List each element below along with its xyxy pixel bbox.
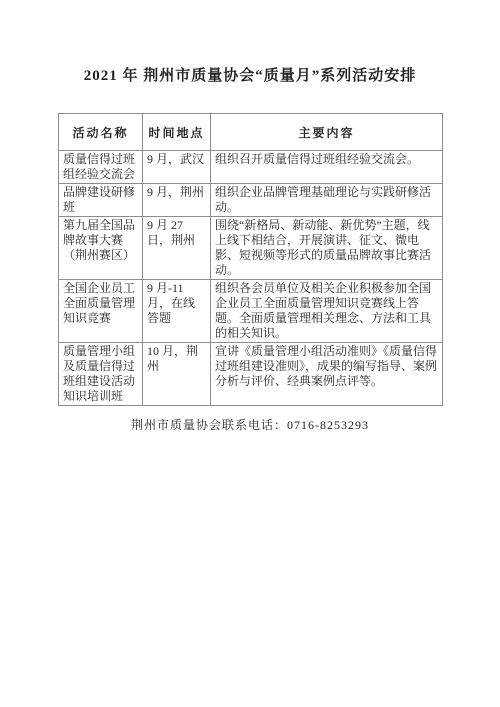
contact-phone-line: 荆州市质量协会联系电话：0716-8253293 [0,416,500,433]
activities-table: 活动名称 时间地点 主要内容 质量信得过班组经验交流会 9 月，武汉 组织召开质… [58,113,443,406]
time-place-cell: 9 月-11 月，在线答题 [143,280,211,343]
time-place-cell: 9 月，武汉 [143,151,211,184]
main-content-cell: 组织企业品牌管理基础理论与实践研修活动。 [211,184,443,217]
activity-name-cell: 全国企业员工全面质量管理知识竞赛 [59,280,143,343]
column-header-main-content: 主要内容 [211,114,443,151]
table-header-row: 活动名称 时间地点 主要内容 [59,114,443,151]
column-header-activity-name: 活动名称 [59,114,143,151]
activity-name-cell: 质量管理小组及质量信得过班组建设活动知识培训班 [59,343,143,406]
table-row: 质量信得过班组经验交流会 9 月，武汉 组织召开质量信得过班组经验交流会。 [59,151,443,184]
main-content-cell: 组织召开质量信得过班组经验交流会。 [211,151,443,184]
activity-name-cell: 品牌建设研修班 [59,184,143,217]
main-content-cell: 宣讲《质量管理小组活动准则》《质量信得过班组建设准则》，成果的编写指导、案例分析… [211,343,443,406]
page-title: 2021 年 荆州市质量协会“质量月”系列活动安排 [0,64,500,85]
table-row: 质量管理小组及质量信得过班组建设活动知识培训班 10 月，荆州 宣讲《质量管理小… [59,343,443,406]
table-row: 第九届全国品牌故事大赛（荆州赛区） 9 月 27 日，荆州 围绕“新格局、新动能… [59,217,443,280]
time-place-cell: 9 月 27 日，荆州 [143,217,211,280]
column-header-time-place: 时间地点 [143,114,211,151]
main-content-cell: 围绕“新格局、新动能、新优势”主题，线上线下相结合，开展演讲、征文、微电影、短视… [211,217,443,280]
activity-name-cell: 第九届全国品牌故事大赛（荆州赛区） [59,217,143,280]
time-place-cell: 10 月，荆州 [143,343,211,406]
main-content-cell: 组织各会员单位及相关企业积极参加全国企业员工全面质量管理知识竞赛线上答题。全面质… [211,280,443,343]
table-row: 全国企业员工全面质量管理知识竞赛 9 月-11 月，在线答题 组织各会员单位及相… [59,280,443,343]
table-row: 品牌建设研修班 9 月，荆州 组织企业品牌管理基础理论与实践研修活动。 [59,184,443,217]
time-place-cell: 9 月，荆州 [143,184,211,217]
activity-name-cell: 质量信得过班组经验交流会 [59,151,143,184]
